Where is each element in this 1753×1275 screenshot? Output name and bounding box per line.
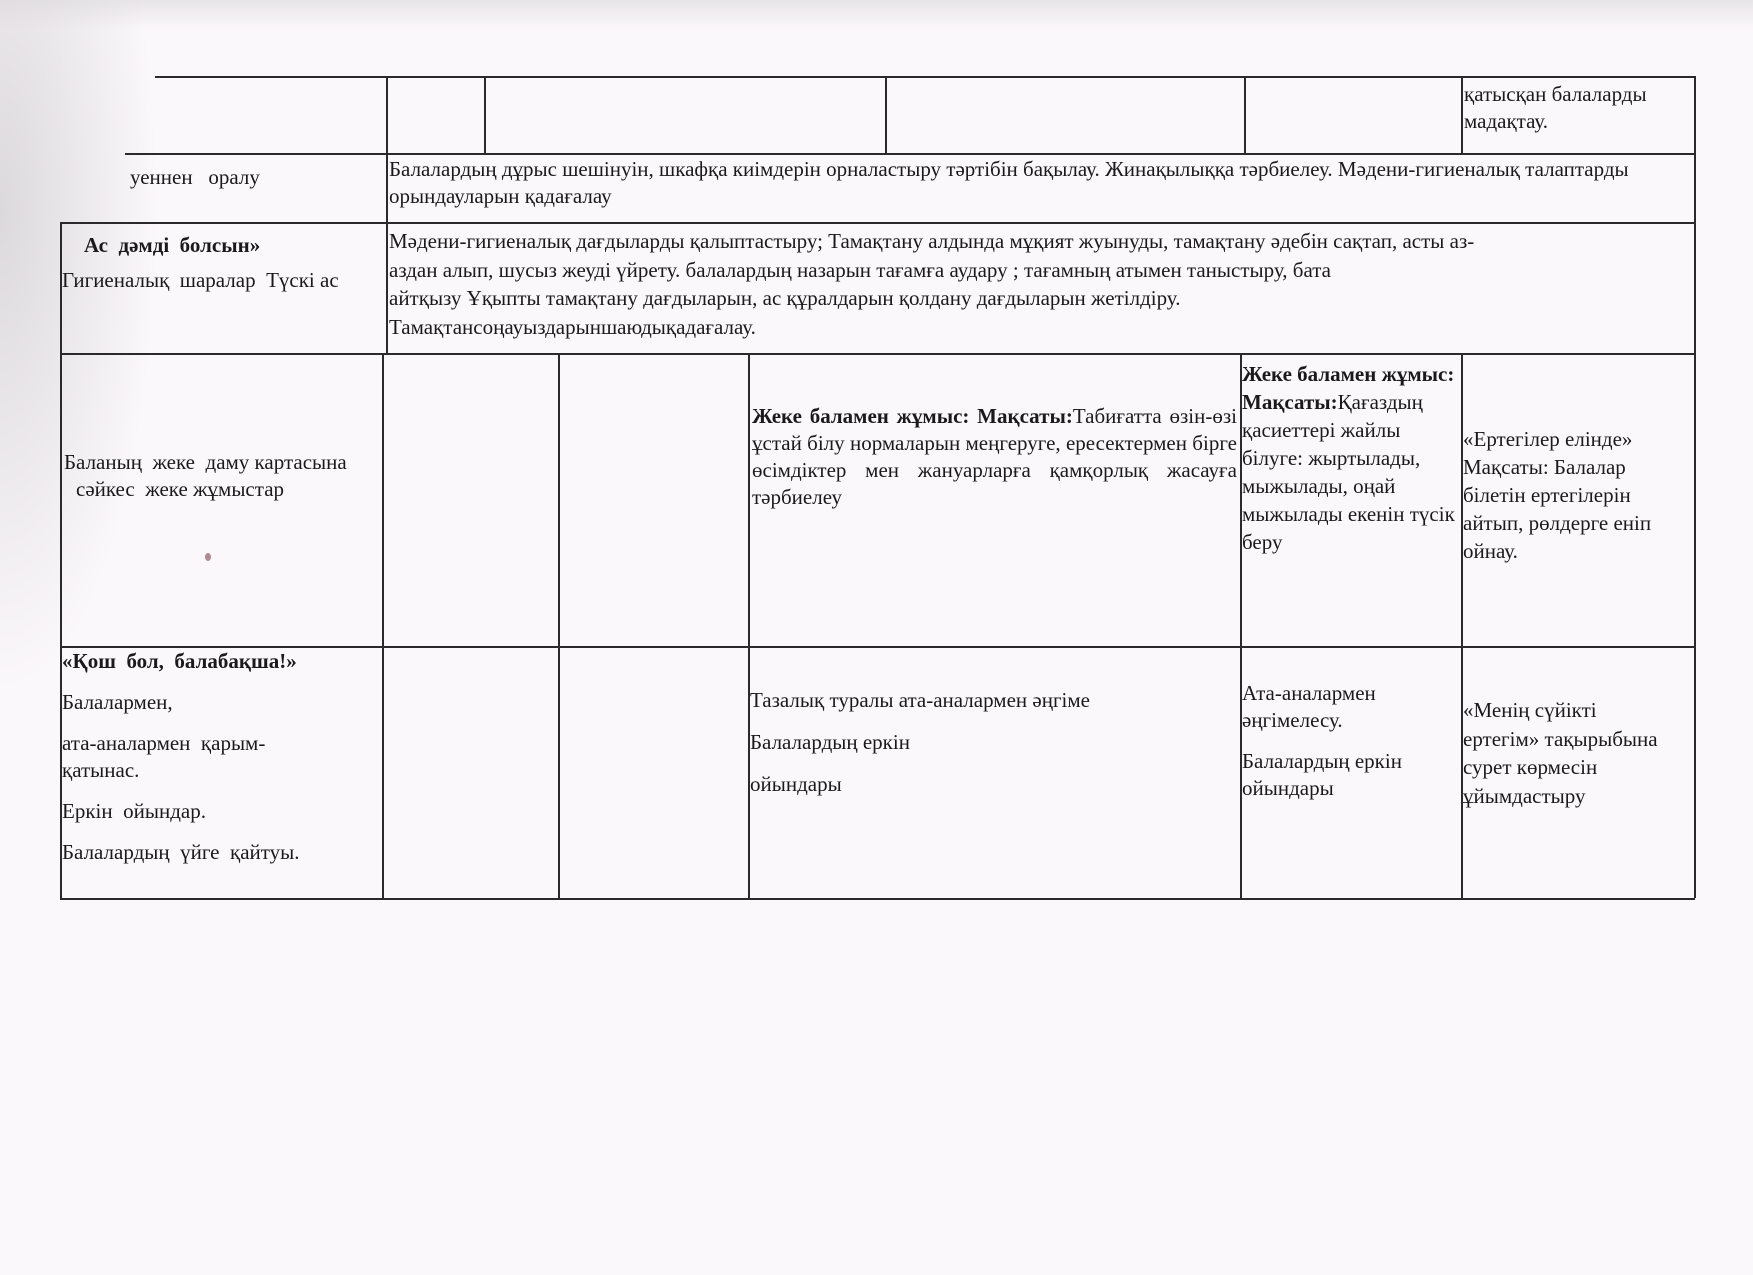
label-title: Ас дәмді болсын» (62, 232, 384, 259)
cell-line: Балалардың еркін (750, 729, 1235, 756)
cell-text: Мақсаты:Қағаздың қасиеттері жайлы білуге… (1242, 388, 1460, 556)
cell-line: Тамақтансоңауыздарыншаюдықадағалау. (389, 313, 1694, 342)
row2-merged-cell: Балалардың дұрыс шешінуін, шкафқа киімде… (389, 156, 1689, 210)
scan-speck (205, 553, 211, 561)
row4-label: Баланың жеке даму картасына сәйкес жеке … (64, 449, 364, 503)
row1-activity-cell: қатысқан балаларды мадақтау. (1464, 81, 1692, 135)
cell-line: аздан алып, шусыз жеуді үйрету. балалард… (389, 256, 1694, 285)
goal-heading: Жеке баламен жұмыс: Мақсаты: (752, 404, 1073, 428)
table-border (885, 76, 887, 153)
row3-label: Ас дәмді болсын» Гигиеналық шаралар Түск… (62, 232, 384, 294)
cell-line: ойындары (750, 771, 1235, 798)
row4-c4: Жеке баламен жұмыс: Мақсаты:Қағаздың қас… (1242, 360, 1460, 556)
cell-text: «Менің сүйікті ертегім» тақырыбына сурет… (1463, 696, 1663, 810)
label-sub: Гигиеналық шаралар Түскі ас (62, 267, 384, 294)
goal-text: Қағаздың қасиеттері жайлы білуге: жыртыл… (1242, 390, 1455, 554)
cell-text: Жеке баламен жұмыс: Мақсаты:Табиғатта өз… (752, 403, 1237, 511)
row5-c5: «Менің сүйікті ертегім» тақырыбына сурет… (1463, 696, 1663, 810)
label-line: Еркін ойындар. (62, 798, 380, 825)
goal-label: Мақсаты: (1242, 390, 1338, 414)
row2-label: уеннен оралу (130, 164, 380, 191)
row3-merged-cell: Мәдени-гигиеналық дағдыларды қалыптастыр… (389, 227, 1694, 341)
scan-shadow-top (0, 0, 1753, 30)
label-title: «Қош бол, балабақша!» (62, 648, 380, 675)
label-line: Балалармен, (62, 689, 380, 716)
table-border (382, 353, 384, 898)
row5-c3: Тазалық туралы ата-аналармен әңгіме Бала… (750, 687, 1235, 798)
cell-line: айтқызу Ұқыпты тамақтану дағдыларын, ас … (389, 284, 1694, 313)
cell-text: қатысқан балаларды мадақтау. (1464, 81, 1692, 135)
label-text: уеннен оралу (130, 164, 380, 191)
scan-shadow-left (0, 0, 160, 700)
row5-c4: Ата-аналармен әңгімелесу. Балалардың ерк… (1242, 680, 1432, 802)
table-border (386, 76, 388, 353)
table-border (1244, 76, 1246, 153)
table-border (60, 222, 1695, 224)
table-border (748, 353, 750, 898)
table-border (60, 898, 1695, 900)
row5-label: «Қош бол, балабақша!» Балалармен, ата-ан… (62, 648, 380, 866)
table-border (1694, 76, 1696, 898)
table-border (60, 353, 1695, 355)
cell-text: «Ертегілер елінде» Мақсаты: Балалар біле… (1463, 425, 1693, 565)
label-line: Балалардың үйге қайтуы. (62, 839, 380, 866)
table-border (1461, 76, 1463, 153)
table-border (558, 353, 560, 898)
label-line: ата-аналармен қарым-қатынас. (62, 730, 302, 784)
cell-line: Мәдени-гигиеналық дағдыларды қалыптастыр… (389, 227, 1694, 256)
label-text: Баланың жеке даму картасына сәйкес жеке … (64, 449, 364, 503)
cell-line: Ата-аналармен әңгімелесу. (1242, 680, 1432, 734)
cell-line: Тазалық туралы ата-аналармен әңгіме (750, 687, 1235, 714)
table-border (484, 76, 486, 153)
goal-heading: Жеке баламен жұмыс: (1242, 360, 1460, 388)
cell-text: Балалардың дұрыс шешінуін, шкафқа киімде… (389, 156, 1689, 210)
row4-c3: Жеке баламен жұмыс: Мақсаты:Табиғатта өз… (752, 403, 1237, 511)
table-border (125, 153, 1695, 155)
cell-line: Балалардың еркін ойындары (1242, 748, 1432, 802)
row4-c5: «Ертегілер елінде» Мақсаты: Балалар біле… (1463, 425, 1693, 565)
